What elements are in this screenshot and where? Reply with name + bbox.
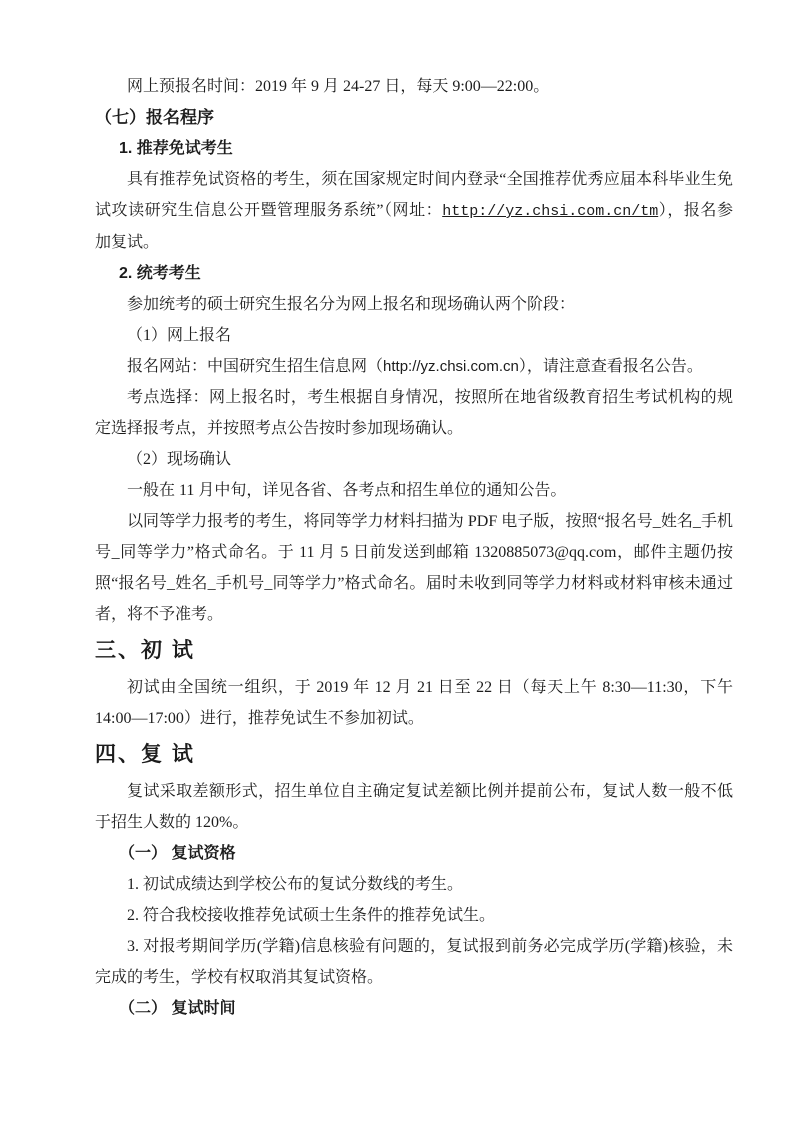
text-run: 复试采取差额形式，招生单位自主确定复试差额比例并提前公布，复试人数一般不低于招生… [95,783,733,831]
text-run: http://yz.chsi.com.cn [383,358,519,375]
text-run: ），请注意查看报名公告。 [519,358,703,375]
text-run: 初试由全国统一组织，于 2019 年 12 月 21 日至 22 日（每天上午 … [95,679,733,727]
document-page: 网上预报名时间：2019 年 9 月 24-27 日，每天 9:00—22:00… [0,0,793,1122]
section-heading: 三、初 试 [95,635,733,666]
paragraph: 初试由全国统一组织，于 2019 年 12 月 21 日至 22 日（每天上午 … [95,672,733,734]
paragraph: 2. 符合我校接收推荐免试硕士生条件的推荐免试生。 [95,900,733,931]
text-run: （2）现场确认 [127,451,231,468]
url-link[interactable]: http://yz.chsi.com.cn/tm [442,203,658,220]
text-run: 三、初 试 [95,639,195,662]
text-run: 3. 对报考期间学历(学籍)信息核验有问题的，复试报到前务必完成学历(学籍)核验… [95,938,733,986]
text-run: （一） 复试资格 [119,845,235,862]
paragraph: 具有推荐免试资格的考生，须在国家规定时间内登录“全国推荐优秀应届本科毕业生免试攻… [95,164,733,258]
text-run: 1. 初试成绩达到学校公布的复试分数线的考生。 [127,876,463,893]
section-heading: （七）报名程序 [95,102,733,133]
text-run: 报名网站：中国研究生招生信息网（ [127,358,383,375]
section-heading: （一） 复试资格 [95,838,733,869]
paragraph: 网上预报名时间：2019 年 9 月 24-27 日，每天 9:00—22:00… [95,71,733,102]
paragraph: （1）网上报名 [95,320,733,351]
text-run: 四、复 试 [95,743,195,766]
text-run: 参加统考的硕士研究生报名分为网上报名和现场确认两个阶段： [127,296,575,313]
paragraph: 报名网站：中国研究生招生信息网（http://yz.chsi.com.cn），请… [95,351,733,382]
text-run: 考点选择：网上报名时，考生根据自身情况，按照所在地省级教育招生考试机构的规定选择… [95,389,733,437]
paragraph: 考点选择：网上报名时，考生根据自身情况，按照所在地省级教育招生考试机构的规定选择… [95,382,733,444]
text-run: 以同等学力报考的考生，将同等学力材料扫描为 PDF 电子版，按照“报名号_姓名_… [95,513,733,623]
section-heading: （二） 复试时间 [95,993,733,1024]
paragraph: 一般在 11 月中旬，详见各省、各考点和招生单位的通知公告。 [95,475,733,506]
paragraph: 以同等学力报考的考生，将同等学力材料扫描为 PDF 电子版，按照“报名号_姓名_… [95,506,733,630]
text-run: 1. 推荐免试考生 [119,140,233,157]
text-run: 2. 统考考生 [119,265,201,282]
section-heading: 1. 推荐免试考生 [95,133,733,164]
text-run: （七）报名程序 [95,108,214,127]
text-run: 2. 符合我校接收推荐免试硕士生条件的推荐免试生。 [127,907,495,924]
paragraph: 参加统考的硕士研究生报名分为网上报名和现场确认两个阶段： [95,289,733,320]
paragraph: （2）现场确认 [95,444,733,475]
text-run: 一般在 11 月中旬，详见各省、各考点和招生单位的通知公告。 [127,482,566,499]
text-run: （1）网上报名 [127,327,231,344]
paragraph: 3. 对报考期间学历(学籍)信息核验有问题的，复试报到前务必完成学历(学籍)核验… [95,931,733,993]
text-run: 网上预报名时间：2019 年 9 月 24-27 日，每天 9:00—22:00… [127,78,549,95]
paragraph: 复试采取差额形式，招生单位自主确定复试差额比例并提前公布，复试人数一般不低于招生… [95,776,733,838]
section-heading: 四、复 试 [95,739,733,770]
section-heading: 2. 统考考生 [95,258,733,289]
text-run: （二） 复试时间 [119,1000,235,1017]
paragraph: 1. 初试成绩达到学校公布的复试分数线的考生。 [95,869,733,900]
